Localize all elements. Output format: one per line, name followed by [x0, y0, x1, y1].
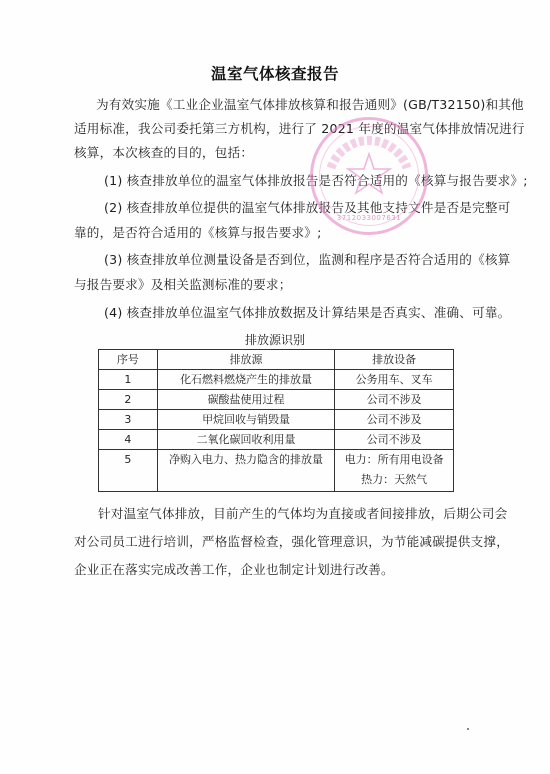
objective-2-line-2: 靠的，是否符合适用的《核算与报告要求》; — [74, 222, 322, 241]
emission-sources-table: 序号 排放源 排放设备 1 化石燃料燃烧产生的排放量 公务用车、叉车 2 碳酸盐… — [98, 349, 454, 492]
table-row: 1 化石燃料燃烧产生的排放量 公务用车、叉车 — [99, 370, 454, 390]
row-seq: 4 — [99, 430, 158, 450]
intro-line-1: 为有效实施《工业企业温室气体排放核算和报告通则》(GB/T32150)和其他 — [96, 94, 524, 113]
document-page: 温室气体核查报告 为有效实施《工业企业温室气体排放核算和报告通则》(GB/T32… — [0, 0, 550, 774]
table-header-row: 序号 排放源 排放设备 — [99, 350, 454, 370]
objective-2-line-1: (2) 核查排放单位提供的温室气体排放报告及其他支持文件是否是完整可 — [104, 197, 510, 216]
conclusion-line-3: 企业正在落实完成改善工作，企业也制定计划进行改善。 — [74, 559, 394, 578]
row-source: 甲烷回收与销毁量 — [157, 410, 334, 430]
conclusion-line-1: 针对温室气体排放，目前产生的气体均为直接或者间接排放，后期公司会 — [98, 503, 507, 522]
row-equipment: 公司不涉及 — [335, 390, 454, 410]
header-source: 排放源 — [157, 350, 334, 370]
row-seq: 1 — [99, 370, 158, 390]
row-equipment: 电力：所有用电设备 热力：天然气 — [335, 450, 454, 492]
equipment-electricity: 电力：所有用电设备 — [335, 450, 453, 470]
objective-1-line-1: (1) 核查排放单位的温室气体排放报告是否符合适用的《核算与报告要求》; — [104, 170, 528, 189]
document-title: 温室气体核查报告 — [0, 62, 550, 84]
header-equipment: 排放设备 — [335, 350, 454, 370]
intro-line-2: 适用标准，我公司委托第三方机构，进行了 2021 年度的温室气体排放情况进行 — [74, 118, 525, 137]
table-row: 4 二氧化碳回收利用量 公司不涉及 — [99, 430, 454, 450]
row-source: 碳酸盐使用过程 — [157, 390, 334, 410]
row-equipment: 公司不涉及 — [335, 410, 454, 430]
table-row: 2 碳酸盐使用过程 公司不涉及 — [99, 390, 454, 410]
header-seq: 序号 — [99, 350, 158, 370]
scan-speck — [467, 728, 469, 730]
row-equipment: 公司不涉及 — [335, 430, 454, 450]
objective-4-line-1: (4) 核查排放单位温室气体排放数据及计算结果是否真实、准确、可靠。 — [104, 302, 510, 321]
row-source: 净购入电力、热力隐含的排放量 — [157, 450, 334, 492]
row-source: 化石燃料燃烧产生的排放量 — [157, 370, 334, 390]
table-row: 3 甲烷回收与销毁量 公司不涉及 — [99, 410, 454, 430]
row-equipment: 公务用车、叉车 — [335, 370, 454, 390]
equipment-heat: 热力：天然气 — [335, 470, 453, 490]
row-seq: 5 — [99, 450, 158, 492]
conclusion-line-2: 对公司员工进行培训，严格监督检查，强化管理意识，为节能减碳提供支撑， — [74, 531, 509, 550]
objective-3-line-2: 与报告要求》及相关监测标准的要求； — [74, 274, 292, 293]
objective-3-line-1: (3) 核查排放单位测量设备是否到位，监测和程序是否符合适用的《核算 — [104, 249, 510, 268]
row-seq: 3 — [99, 410, 158, 430]
row-seq: 2 — [99, 390, 158, 410]
table-row: 5 净购入电力、热力隐含的排放量 电力：所有用电设备 热力：天然气 — [99, 450, 454, 492]
table-caption: 排放源识别 — [0, 331, 550, 348]
intro-line-3: 核算，本次核查的目的，包括： — [74, 142, 253, 161]
row-source: 二氧化碳回收利用量 — [157, 430, 334, 450]
